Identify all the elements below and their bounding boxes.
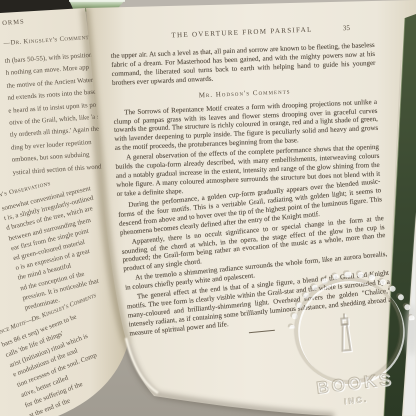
- book-photo: ORMS —Dr. Kingsley's Comment th (bars 50…: [0, 0, 416, 416]
- paragraph-continuation: the upper air. At such a level as that, …: [111, 41, 376, 88]
- right-page-header: THE OVERTURE FROM PARSIFAL 35: [110, 23, 374, 44]
- running-header: THE OVERTURE FROM PARSIFAL: [110, 23, 374, 42]
- section-divider: [249, 329, 275, 332]
- embossed-stamp: BOOKS INC.: [283, 266, 416, 416]
- stamp-lighthouse-icon: [332, 310, 361, 356]
- page-number: 35: [343, 24, 350, 32]
